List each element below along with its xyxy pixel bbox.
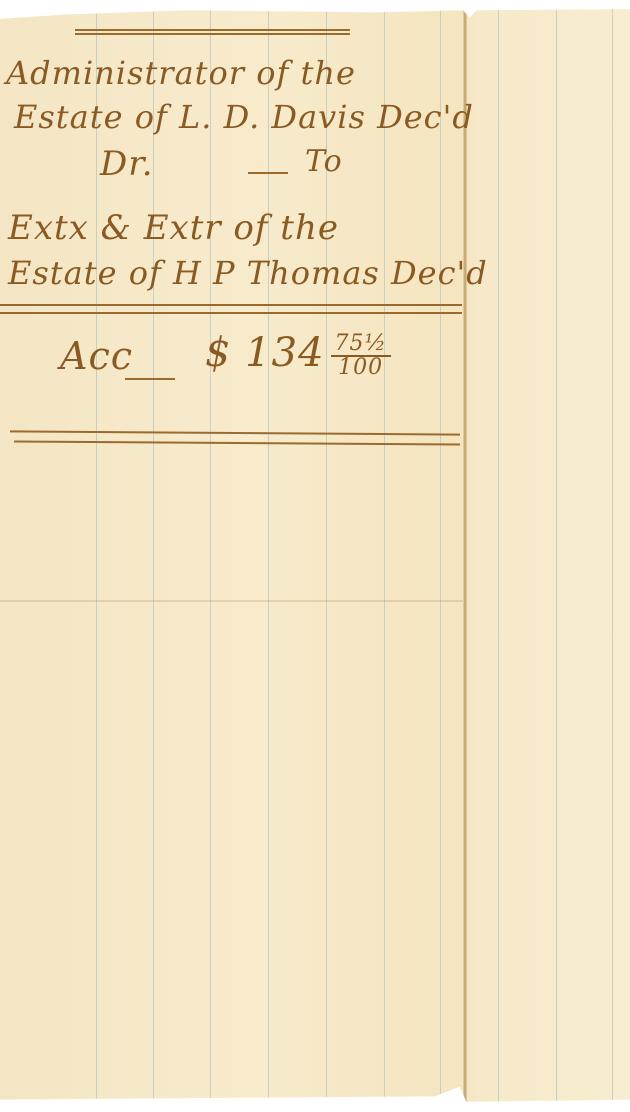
ruled-line	[556, 8, 557, 1104]
line-executrix-executor: Extx & Extr of the	[8, 208, 339, 248]
ruled-line	[440, 8, 441, 1104]
line-estate-davis: Estate of L. D. Davis Dec'd	[14, 98, 474, 136]
amount-dollars: $ 13475½100	[205, 330, 391, 379]
line-administrator: Administrator of the	[6, 54, 356, 92]
mid-double-rule	[0, 312, 462, 314]
account-underline	[125, 378, 175, 380]
bottom-double-rule	[14, 440, 460, 445]
ruled-line	[498, 8, 499, 1104]
ruled-line	[210, 8, 211, 1104]
ruled-line	[96, 8, 97, 1104]
top-double-rule	[75, 33, 350, 35]
cents-numerator: 75½	[331, 333, 391, 357]
dash	[248, 172, 288, 174]
horizontal-fold	[0, 600, 463, 602]
debtor-label: Dr.	[100, 144, 154, 184]
ruled-line	[384, 8, 385, 1104]
amount-cents-fraction: 75½100	[331, 333, 391, 379]
mid-double-rule	[0, 304, 462, 306]
account-label: Acc	[60, 334, 133, 378]
document-page: Administrator of the Estate of L. D. Dav…	[0, 8, 630, 1104]
ruled-line	[612, 8, 613, 1104]
to-label: To	[305, 144, 343, 179]
cents-denominator: 100	[331, 357, 391, 379]
vertical-fold	[463, 8, 467, 1104]
line-estate-thomas: Estate of H P Thomas Dec'd	[8, 254, 488, 292]
bottom-double-rule	[10, 430, 460, 435]
amount-dollars-value: $ 134	[205, 330, 325, 376]
top-double-rule	[75, 29, 350, 31]
